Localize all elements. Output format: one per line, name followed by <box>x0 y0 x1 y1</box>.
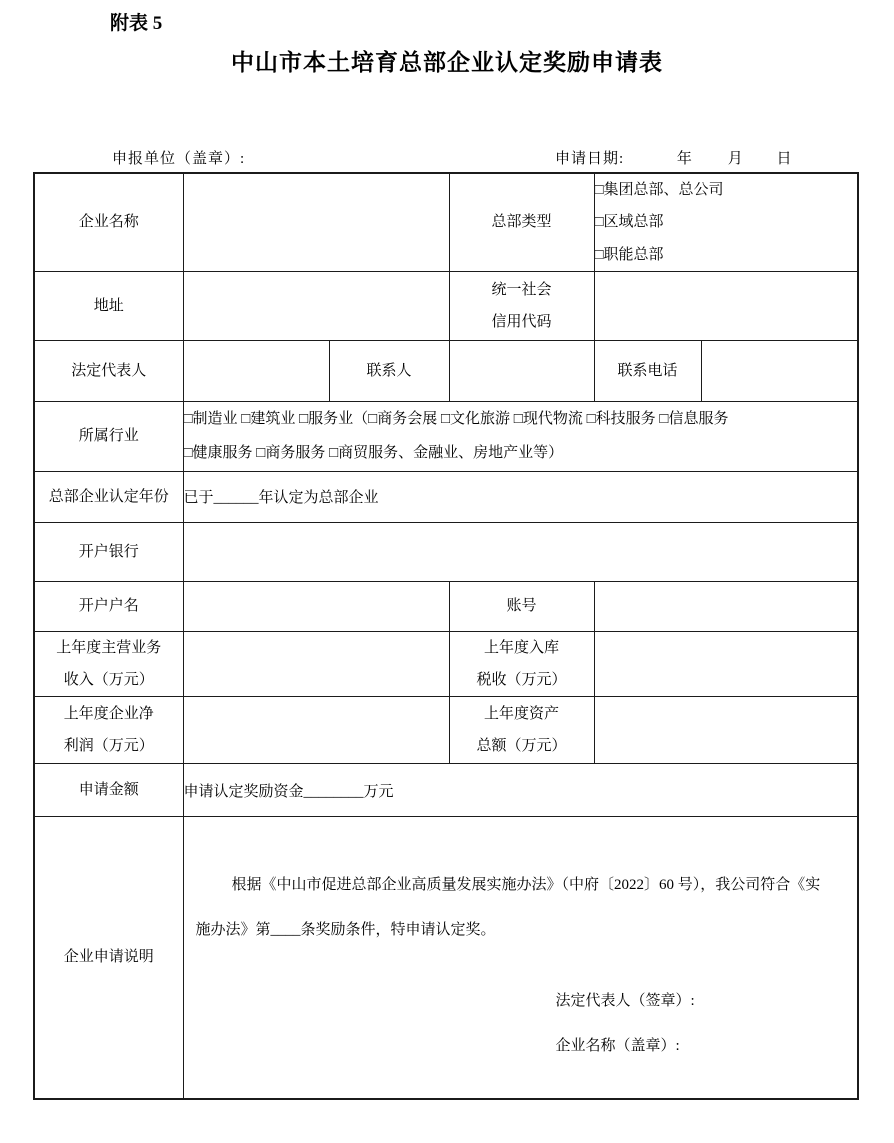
address-value-cell <box>183 271 449 340</box>
contact-label: 联系人 <box>329 340 449 401</box>
hq-type-option-regional-hq: □区域总部 <box>595 206 858 238</box>
row-industry: 所属行业 □制造业 □建筑业 □服务业（□商务会展 □文化旅游 □现代物流 □科… <box>34 401 858 471</box>
row-amount: 申请金额 申请认定奖励资金________万元 <box>34 764 858 817</box>
apply-date-label: 申请日期: <box>555 151 624 167</box>
tax-value-cell <box>594 631 858 697</box>
declarer-label: 申报单位（盖章）: <box>112 147 245 168</box>
row-hq-year: 总部企业认定年份 已于______年认定为总部企业 <box>34 471 858 522</box>
tax-label: 上年度入库 税收（万元） <box>449 631 594 697</box>
hq-year-value-cell: 已于______年认定为总部企业 <box>183 471 858 522</box>
sign-company-label: 企业名称（盖章）: <box>556 1024 858 1069</box>
company-name-value-cell <box>183 173 449 271</box>
account-no-value-cell <box>594 581 858 631</box>
statement-label: 企业申请说明 <box>34 817 183 1099</box>
address-label: 地址 <box>34 271 183 340</box>
row-statement: 企业申请说明 根据《中山市促进总部企业高质量发展实施办法》（中府〔2022〕60… <box>34 817 858 1099</box>
account-name-value-cell <box>183 581 449 631</box>
row-company-name: 企业名称 总部类型 □集团总部、总公司 □区域总部 □职能总部 <box>34 173 858 271</box>
assets-value-cell <box>594 697 858 764</box>
date-year-label: 年 <box>677 147 693 168</box>
sign-legal-rep-label: 法定代表人（签章）: <box>556 979 858 1024</box>
amount-value-cell: 申请认定奖励资金________万元 <box>183 764 858 817</box>
account-name-label: 开户户名 <box>34 581 183 631</box>
signature-block: 法定代表人（签章）: 企业名称（盖章）: <box>556 979 858 1069</box>
contact-value-cell <box>449 340 594 401</box>
document-page: { "page": { "annex": "附表 5", "title": "中… <box>0 0 894 1143</box>
profit-value-cell <box>183 697 449 764</box>
industry-label: 所属行业 <box>34 401 183 471</box>
bank-value-cell <box>183 522 858 581</box>
apply-date-group: 申请日期: 年 月 日 <box>555 147 792 168</box>
revenue-value-cell <box>183 631 449 697</box>
assets-label: 上年度资产 总额（万元） <box>449 697 594 764</box>
hq-year-label: 总部企业认定年份 <box>34 471 183 522</box>
hq-type-label: 总部类型 <box>449 173 594 271</box>
date-day-label: 日 <box>776 147 792 168</box>
legal-rep-value-cell <box>183 340 329 401</box>
row-legal-rep: 法定代表人 联系人 联系电话 <box>34 340 858 401</box>
date-month-label: 月 <box>728 147 744 168</box>
legal-rep-label: 法定代表人 <box>34 340 183 401</box>
phone-value-cell <box>701 340 858 401</box>
annex-label: 附表 5 <box>110 8 162 35</box>
credit-code-value-cell <box>594 271 858 340</box>
row-bank: 开户银行 <box>34 522 858 581</box>
credit-code-label: 统一社会 信用代码 <box>449 271 594 340</box>
hq-type-options-cell: □集团总部、总公司 □区域总部 □职能总部 <box>594 173 858 271</box>
profit-label: 上年度企业净 利润（万元） <box>34 697 183 764</box>
statement-content-cell: 根据《中山市促进总部企业高质量发展实施办法》（中府〔2022〕60 号），我公司… <box>183 817 858 1099</box>
application-form-table: 企业名称 总部类型 □集团总部、总公司 □区域总部 □职能总部 地址 统一社会 … <box>33 172 859 1100</box>
amount-label: 申请金额 <box>34 764 183 817</box>
account-no-label: 账号 <box>449 581 594 631</box>
bank-label: 开户银行 <box>34 522 183 581</box>
revenue-label: 上年度主营业务 收入（万元） <box>34 631 183 697</box>
row-account-name: 开户户名 账号 <box>34 581 858 631</box>
row-revenue: 上年度主营业务 收入（万元） 上年度入库 税收（万元） <box>34 631 858 697</box>
hq-type-option-functional-hq: □职能总部 <box>595 239 858 271</box>
hq-type-option-group-hq: □集团总部、总公司 <box>595 174 858 206</box>
phone-label: 联系电话 <box>594 340 701 401</box>
row-profit: 上年度企业净 利润（万元） 上年度资产 总额（万元） <box>34 697 858 764</box>
company-name-label: 企业名称 <box>34 173 183 271</box>
row-address: 地址 统一社会 信用代码 <box>34 271 858 340</box>
page-title: 中山市本土培育总部企业认定奖励申请表 <box>0 44 894 77</box>
statement-paragraph: 根据《中山市促进总部企业高质量发展实施办法》（中府〔2022〕60 号），我公司… <box>196 863 836 953</box>
industry-options-cell: □制造业 □建筑业 □服务业（□商务会展 □文化旅游 □现代物流 □科技服务 □… <box>183 401 858 471</box>
